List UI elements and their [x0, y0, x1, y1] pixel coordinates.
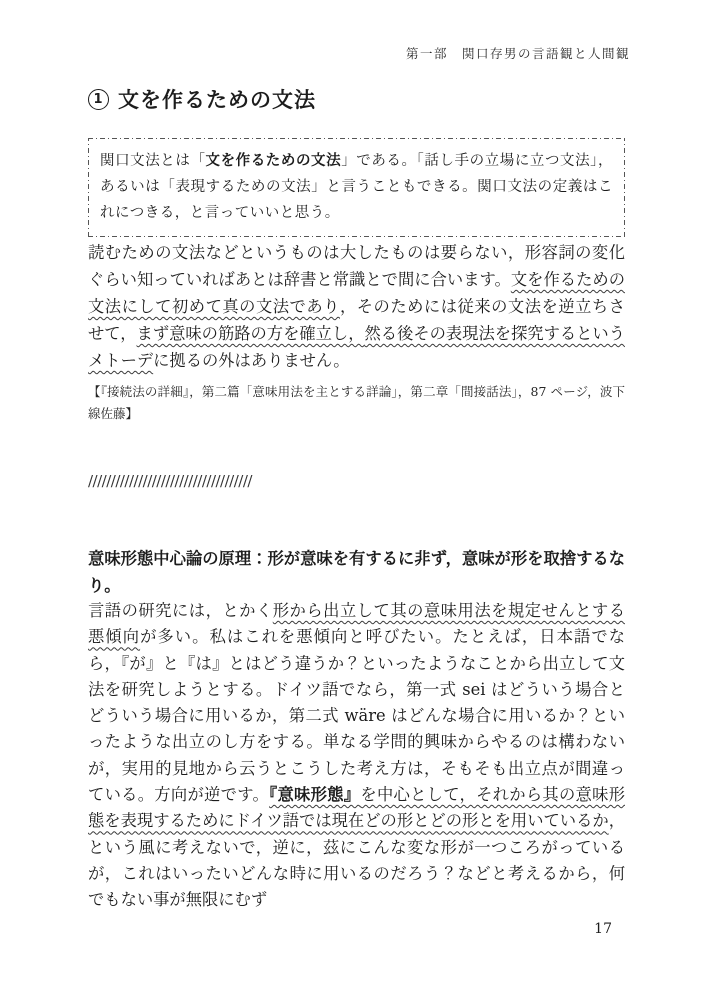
main-seg-2: が多い。私はこれを悪傾向と呼びたい。たとえば，日本語でなら，『が』と『は』とはど…	[88, 627, 625, 804]
definition-box-text-pre: 関口文法とは「	[100, 153, 206, 169]
quote-paragraph: 読むための文法などというものは大したものは要らない，形容詞の変化ぐらい知っていれ…	[88, 239, 625, 374]
book-page: 第一部 関口存男の言語観と人間観 1 文を作るための文法 関口文法とは「文を作る…	[0, 0, 705, 1000]
running-header: 第一部 関口存男の言語観と人間観	[406, 44, 630, 62]
definition-box: 関口文法とは「文を作るための文法」である。「話し手の立場に立つ文法」，あるいは「…	[88, 138, 625, 237]
chapter-title: 1 文を作るための文法	[88, 84, 316, 114]
definition-box-bold-term: 文を作るための文法	[206, 153, 342, 169]
quote-seg-3: に拠るの外はありません。	[153, 351, 349, 370]
main-wavy-underline-2-bold-term: 『意味形態』	[269, 785, 360, 804]
source-citation: 【『接続法の詳細』，第二篇「意味用法を主とする詳論」，第二章「間接話法」，87 …	[88, 381, 625, 425]
chapter-title-text: 文を作るための文法	[118, 84, 316, 114]
page-number: 17	[594, 921, 612, 937]
section-heading: 意味形態中心論の原理：形が意味を有するに非ず，意味が形を取捨するなり。	[88, 545, 625, 599]
main-paragraph: 言語の研究には，とかく形から出立して其の意味用法を規定せんとする悪傾向が多い。私…	[88, 598, 625, 914]
quote-wavy-underline-2: まず意味の筋路の方を確立し，	[137, 324, 365, 343]
slash-divider: ////////////////////////////////////	[88, 472, 252, 490]
circled-one-icon: 1	[88, 89, 109, 110]
main-seg-1: 言語の研究には，とかく	[88, 601, 273, 620]
